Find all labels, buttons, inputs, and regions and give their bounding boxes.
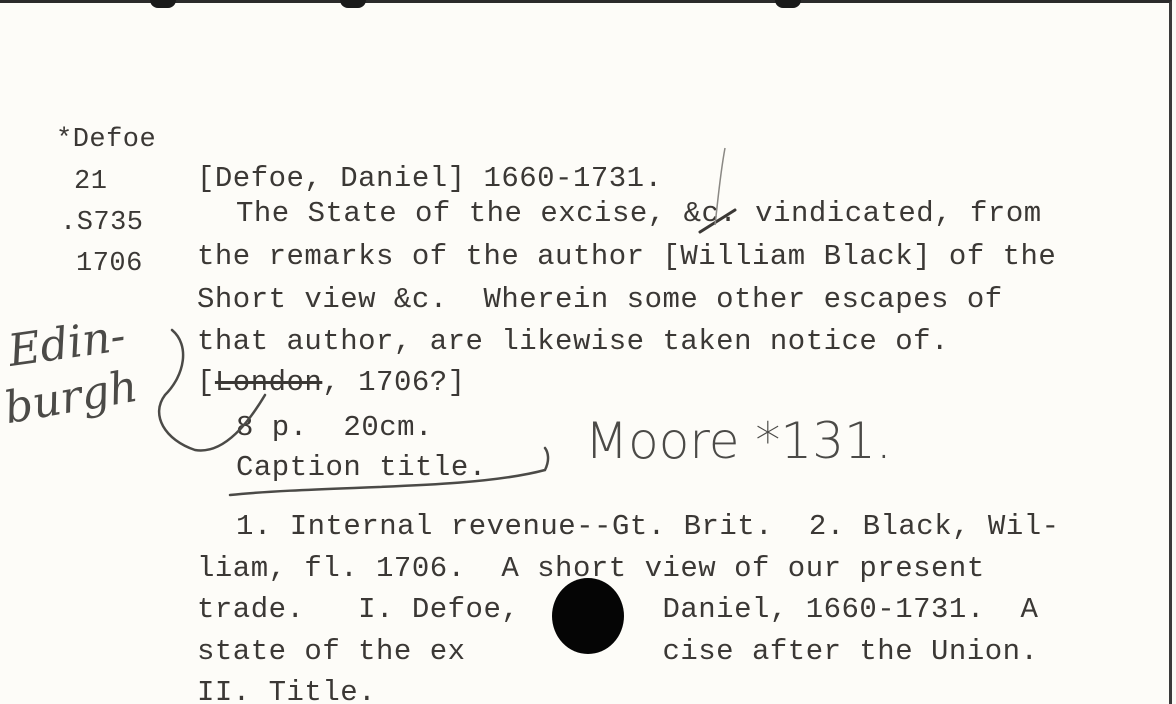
punch-hole bbox=[552, 578, 624, 654]
